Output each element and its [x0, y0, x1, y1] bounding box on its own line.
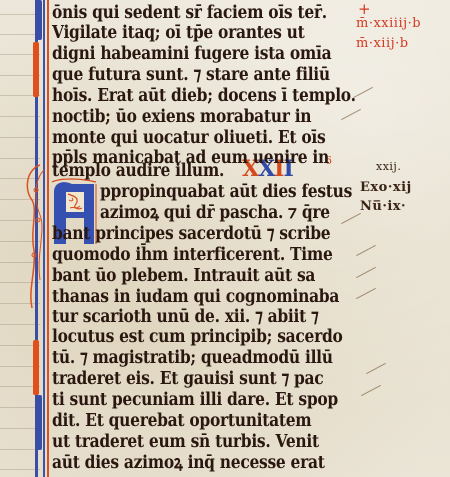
- text-line: tur scarioth unū de. xii. ⁊ abiit ⁊: [52, 306, 318, 327]
- text-line: tū. ⁊ magistratib; queadmodū illū: [52, 347, 333, 368]
- text-line: locutus est cum principib; sacerdo: [52, 326, 343, 347]
- line-filler-stroke: [356, 267, 376, 278]
- margin-note-concordance-2: m̄·xiij·b: [356, 36, 409, 51]
- ruling-line: [0, 428, 40, 429]
- line-filler-stroke: [341, 213, 361, 224]
- blue-flourish: [37, 0, 42, 40]
- line-filler-stroke: [361, 385, 381, 396]
- margin-note-concordance-1: m̄·xxiiij·b: [356, 16, 421, 31]
- ruling-line: [0, 469, 40, 470]
- ruling-line: [0, 116, 40, 117]
- ruling-line: [0, 137, 40, 138]
- text-line: ut traderet eum sn̄ turbis. Venit: [52, 431, 319, 452]
- text-line: noctib; ūo exiens morabatur in: [52, 106, 311, 127]
- text-line: aūt dies azimoꝝ inq̄ necesse erat: [52, 452, 325, 473]
- text-line: quomodo ih̄m interficerent. Time: [52, 244, 333, 265]
- text-line: dit. Et querebat oportunitatem: [52, 410, 311, 431]
- text-line: bant ūo plebem. Intrauit aūt sa: [52, 265, 315, 286]
- margin-note-exodus: Exo·xij: [360, 180, 412, 195]
- margin-note-chapter: xxij.: [376, 160, 401, 173]
- text-line: thanas in iudam qui cognominaba: [52, 286, 339, 307]
- text-line: Vigilate itaq; oī tp̄e orantes ut: [52, 22, 304, 43]
- ruling-line: [0, 14, 40, 15]
- line-filler-stroke: [356, 245, 376, 256]
- red-flourish: [33, 42, 39, 97]
- text-line: bant principes sacerdotū ⁊ scribe: [52, 223, 330, 244]
- line-filler-stroke: [341, 109, 361, 120]
- line-filler-stroke: [356, 288, 376, 299]
- manuscript-page: XXII 6 ōnis qui sedent sr̄ faciem oīs te…: [0, 0, 450, 477]
- blue-flourish: [37, 395, 42, 450]
- text-line: ti sunt pecuniam illi dare. Et spop: [52, 389, 338, 410]
- text-line: ppropinquabat aūt dies festus: [100, 181, 352, 202]
- ruling-line: [0, 407, 40, 408]
- text-line: azimoꝝ qui dr̄ pascha. ⁊ q̄re: [100, 202, 330, 223]
- text-line: traderet eis. Et gauisi sunt ⁊ pac: [52, 368, 323, 389]
- ruling-line: [0, 449, 40, 450]
- text-line: digni habeamini fugere ista omīa: [52, 43, 331, 64]
- red-flourish: [33, 340, 39, 395]
- text-line: que futura sunt. ⁊ stare ante filiū: [52, 64, 330, 85]
- text-line: hoīs. Erat aūt dieb; docens ī templo.: [52, 85, 356, 106]
- text-line: ōnis qui sedent sr̄ faciem oīs ter̄.: [52, 2, 327, 23]
- margin-note-numbers: Nu̅·ix·: [360, 199, 406, 214]
- text-line: templo audire illum.: [52, 160, 224, 181]
- ruling-line: [0, 34, 40, 35]
- line-filler-stroke: [366, 363, 386, 374]
- text-line: monte qui uocatur oliueti. Et oīs: [52, 127, 325, 148]
- ruling-line: [0, 158, 40, 159]
- line-filler-stroke: [353, 87, 373, 98]
- ruling-line: [0, 324, 40, 325]
